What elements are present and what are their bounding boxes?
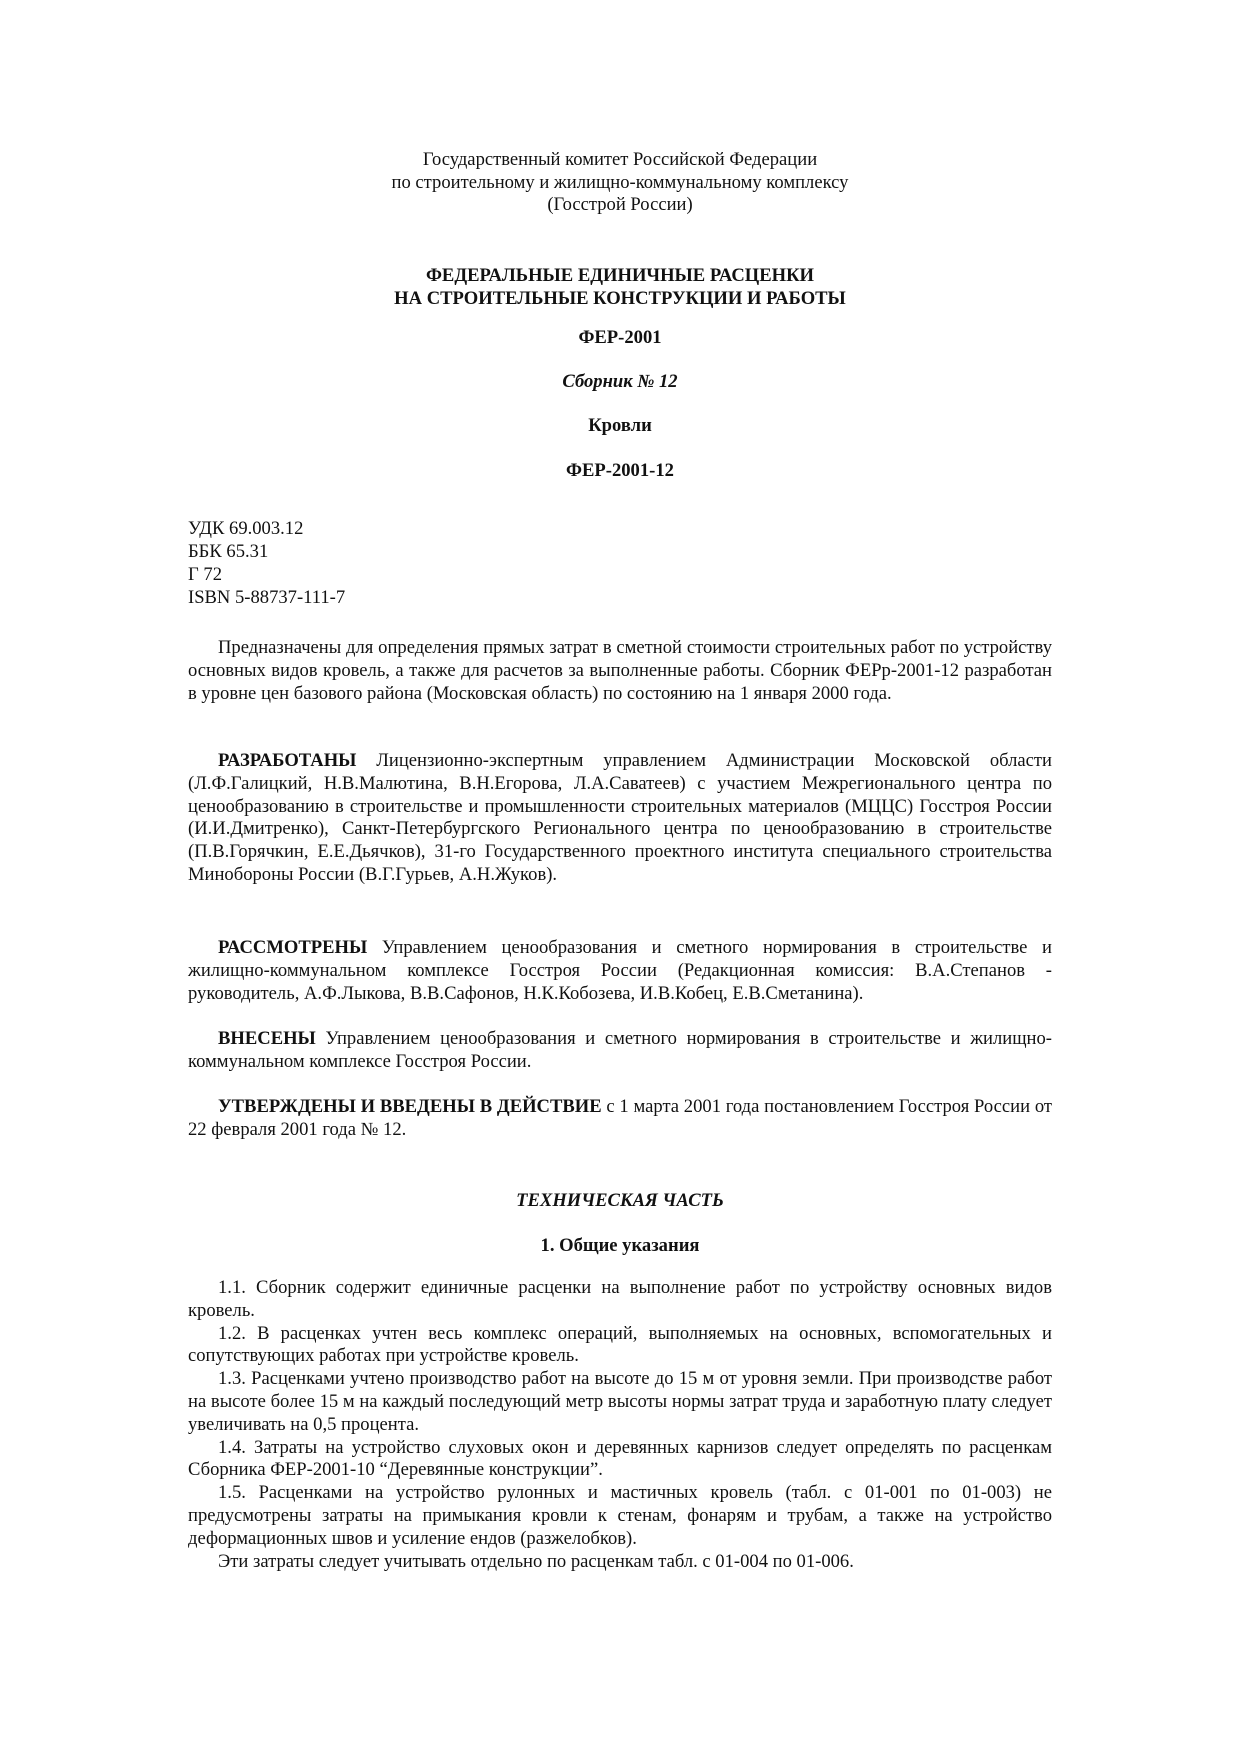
issuing-authority: Государственный комитет Российской Федер… — [188, 149, 1052, 217]
intro-paragraph: Предназначены для определения прямых зат… — [188, 637, 1052, 705]
document-subject: Кровли — [188, 414, 1052, 437]
section-title: 1. Общие указания — [188, 1234, 1052, 1257]
title-line: ФЕДЕРАЛЬНЫЕ ЕДИНИЧНЫЕ РАСЦЕНКИ — [188, 264, 1052, 287]
document-code: ФЕР-2001 — [188, 326, 1052, 349]
isbn: ISBN 5-88737-111-7 — [188, 586, 345, 609]
submitted-text: Управлением ценообразования и сметного н… — [188, 1028, 1052, 1072]
approved-paragraph: УТВЕРЖДЕНЫ И ВВЕДЕНЫ В ДЕЙСТВИЕ с 1 март… — [188, 1096, 1052, 1142]
developed-label: РАЗРАБОТАНЫ — [218, 750, 356, 771]
authority-line: Государственный комитет Российской Федер… — [188, 149, 1052, 172]
developed-paragraph: РАЗРАБОТАНЫ Лицензионно-экспертным управ… — [188, 750, 1052, 887]
instruction-item: 1.1. Сборник содержит единичные расценки… — [188, 1277, 1052, 1323]
instruction-item: 1.4. Затраты на устройство слуховых окон… — [188, 1437, 1052, 1483]
collection-number: Сборник № 12 — [188, 370, 1052, 393]
bbk-code: ББК 65.31 — [188, 540, 345, 563]
author-mark: Г 72 — [188, 563, 345, 586]
authority-line: (Госстрой России) — [188, 194, 1052, 217]
instruction-item: Эти затраты следует учитывать отдельно п… — [188, 1551, 1052, 1574]
instruction-item: 1.5. Расценками на устройство рулонных и… — [188, 1482, 1052, 1550]
approved-label: УТВЕРЖДЕНЫ И ВВЕДЕНЫ В ДЕЙСТВИЕ — [218, 1096, 602, 1117]
technical-part-heading: ТЕХНИЧЕСКАЯ ЧАСТЬ — [188, 1189, 1052, 1212]
udk-code: УДК 69.003.12 — [188, 517, 345, 540]
classification-codes: УДК 69.003.12 ББК 65.31 Г 72 ISBN 5-8873… — [188, 517, 345, 609]
submitted-label: ВНЕСЕНЫ — [218, 1028, 316, 1049]
instruction-item: 1.3. Расценками учтено производство рабо… — [188, 1368, 1052, 1436]
document-title: ФЕДЕРАЛЬНЫЕ ЕДИНИЧНЫЕ РАСЦЕНКИ НА СТРОИТ… — [188, 264, 1052, 310]
instruction-item: 1.2. В расценках учтен весь комплекс опе… — [188, 1323, 1052, 1369]
reviewed-paragraph: РАССМОТРЕНЫ Управлением ценообразования … — [188, 937, 1052, 1005]
title-line: НА СТРОИТЕЛЬНЫЕ КОНСТРУКЦИИ И РАБОТЫ — [188, 287, 1052, 310]
authority-line: по строительному и жилищно-коммунальному… — [188, 172, 1052, 195]
reviewed-label: РАССМОТРЕНЫ — [218, 937, 367, 958]
full-document-code: ФЕР-2001-12 — [188, 459, 1052, 482]
submitted-paragraph: ВНЕСЕНЫ Управлением ценообразования и см… — [188, 1028, 1052, 1074]
general-instructions: 1.1. Сборник содержит единичные расценки… — [188, 1277, 1052, 1573]
